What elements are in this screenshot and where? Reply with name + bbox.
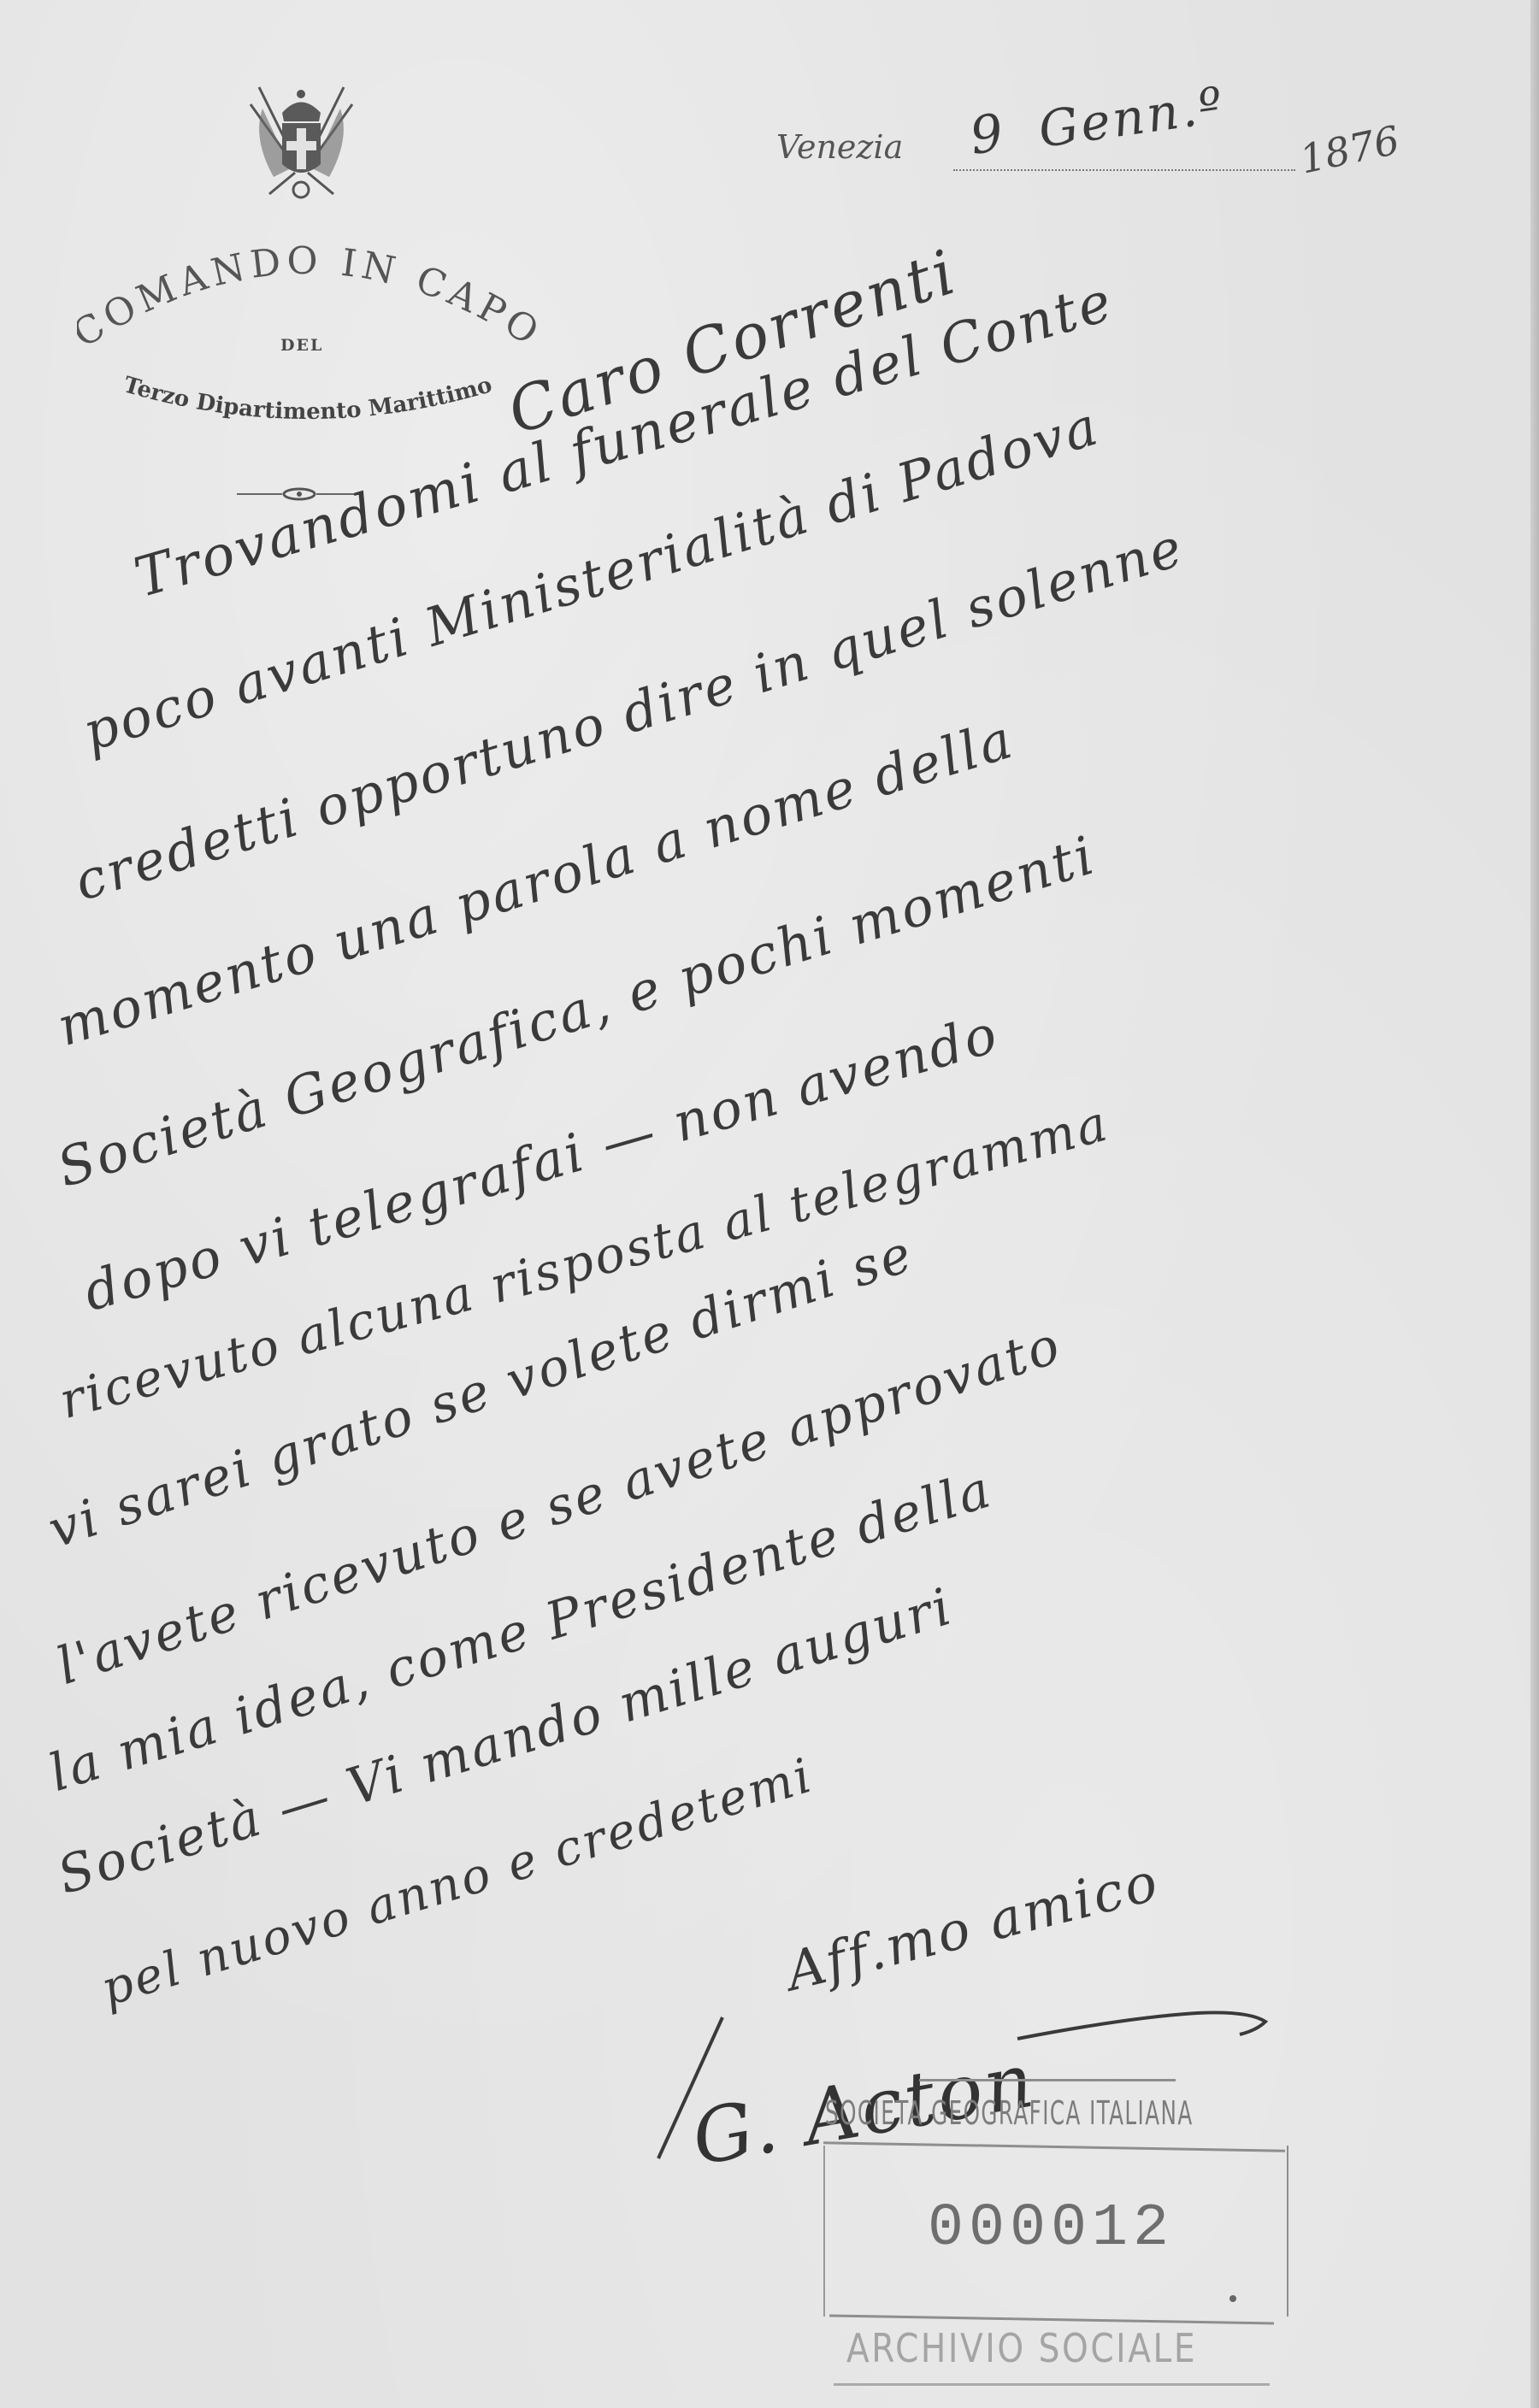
svg-text:Terzo Dipartimento Marittimo: Terzo Dipartimento Marittimo [121,372,495,425]
stamp-top-text: SOCIETA GEOGRAFICA ITALIANA [825,2094,1194,2132]
letterhead-department: Terzo Dipartimento Marittimo [94,359,522,453]
stamp-rule [834,2383,1270,2386]
date-dotted-line [953,169,1295,171]
letterhead-title: COMANDO IN CAPO [77,222,539,350]
archive-stamp: SOCIETA GEOGRAFICA ITALIANA 000012 ARCHI… [817,2060,1295,2385]
stamp-number: 000012 [928,2195,1174,2263]
svg-text:COMANDO IN CAPO: COMANDO IN CAPO [77,239,539,350]
stamp-rule [919,2079,1176,2081]
stamp-dot [1229,2295,1236,2302]
date-place: Venezia [776,128,903,166]
stamp-bottom-text: ARCHIVIO SOCIALE [846,2325,1197,2371]
paper-edge [1530,0,1539,2408]
savoy-coat-of-arms-icon [244,79,359,207]
letterhead-del: DEL [280,336,323,355]
